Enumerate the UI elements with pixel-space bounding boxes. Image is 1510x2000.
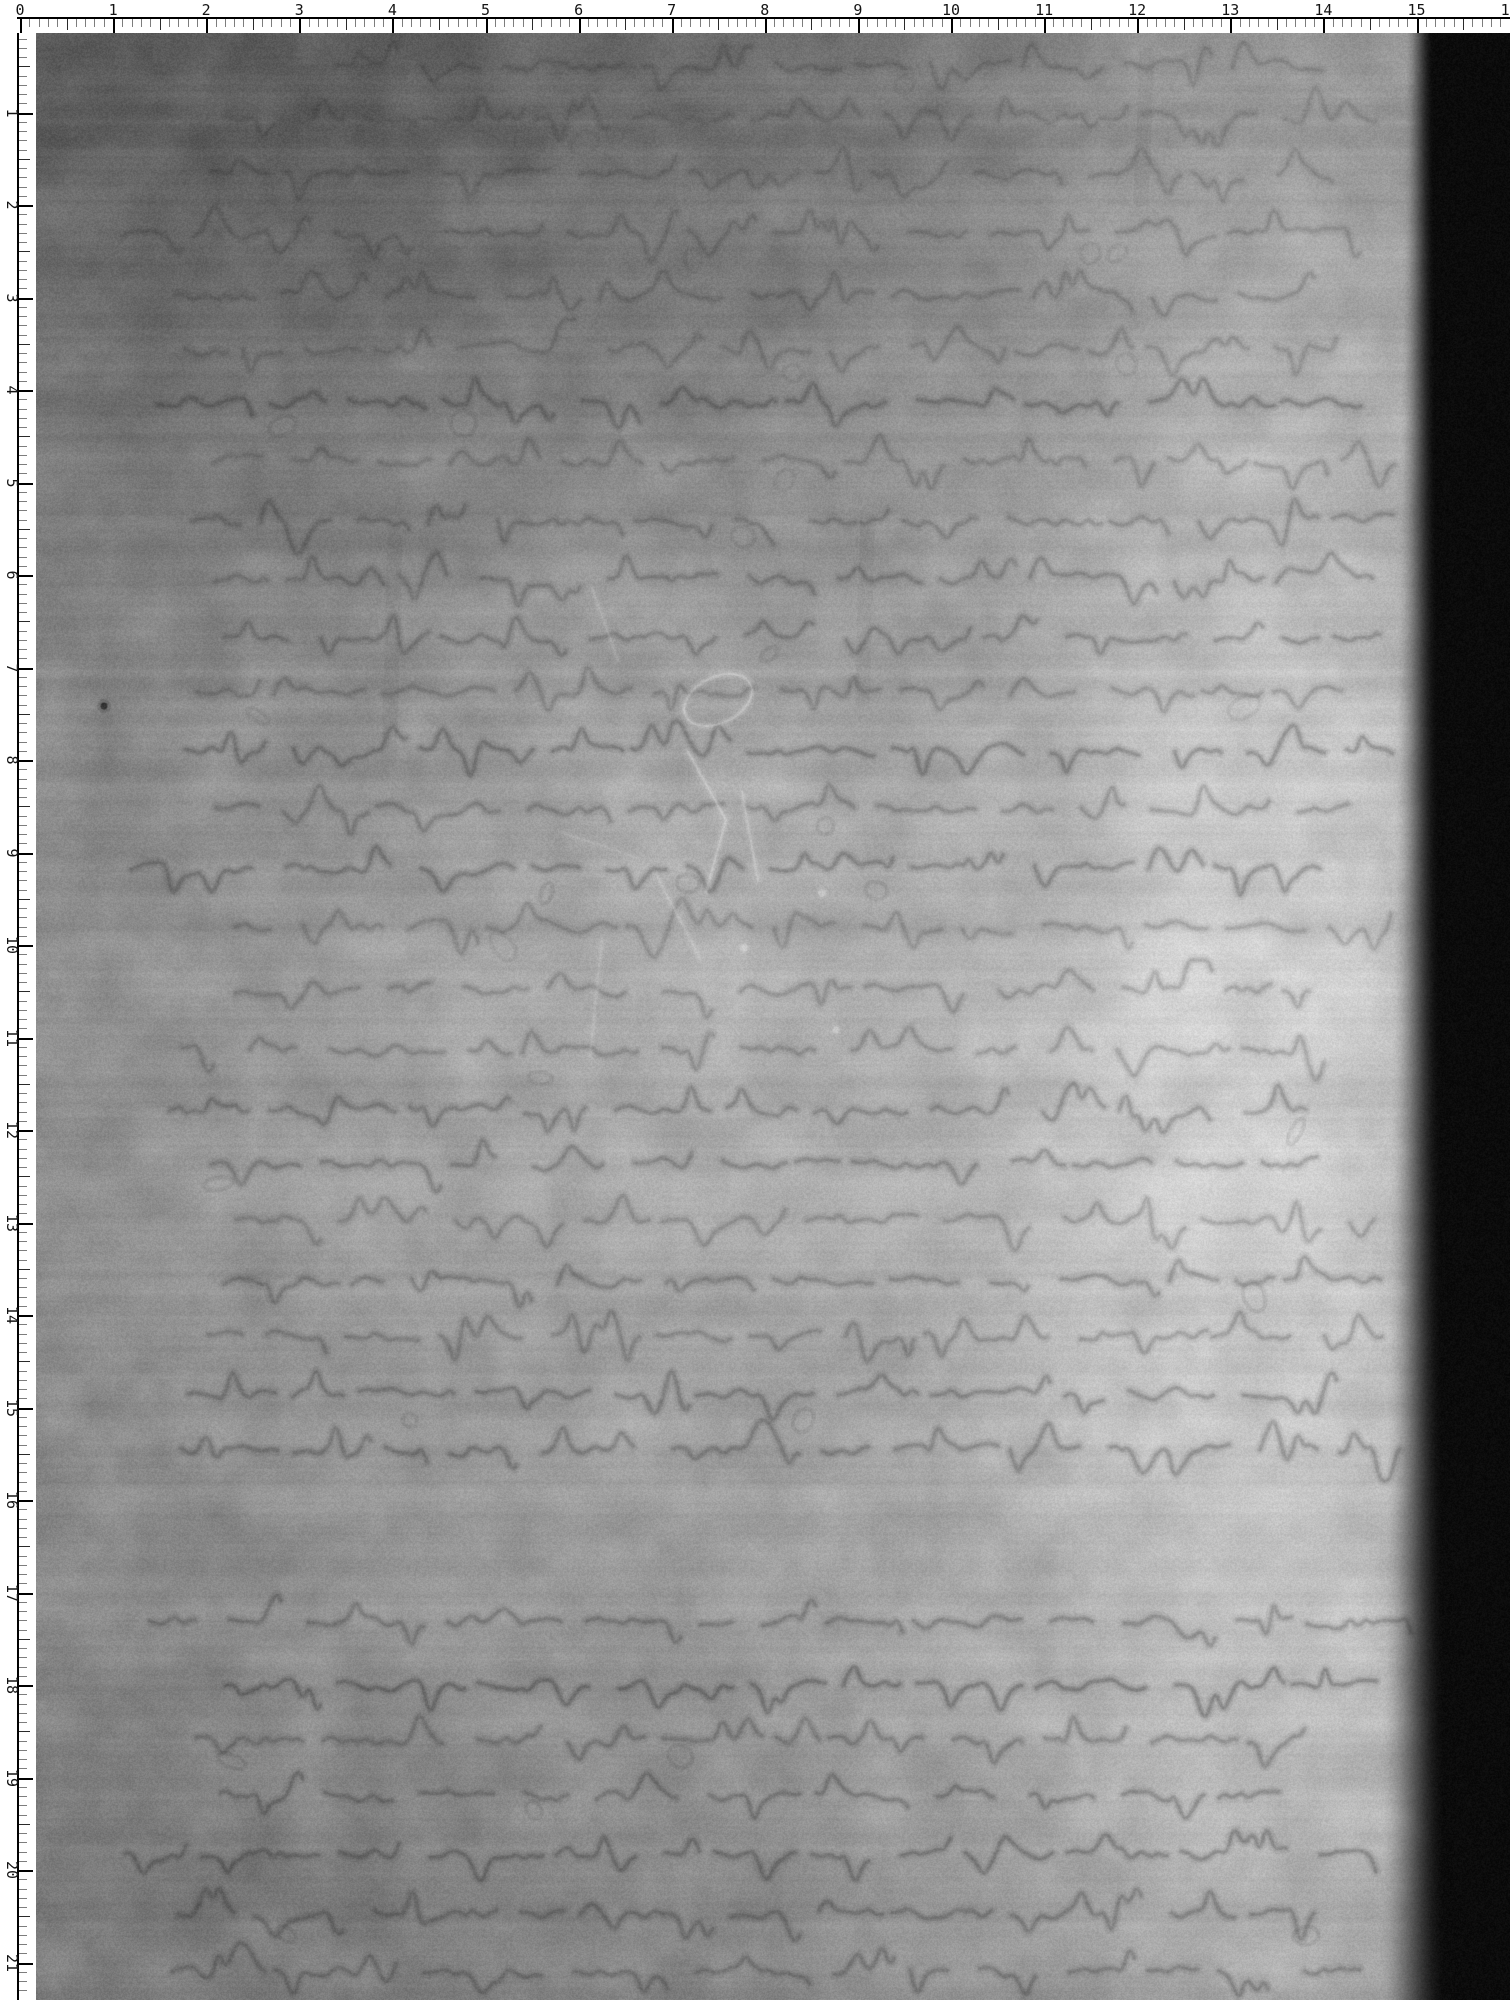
left-ruler-tick xyxy=(19,427,27,428)
left-ruler-tick xyxy=(19,270,27,271)
left-ruler-tick xyxy=(19,936,27,937)
top-ruler-tick xyxy=(1193,19,1194,27)
top-ruler-tick xyxy=(1463,19,1464,30)
top-ruler-tick xyxy=(821,19,822,27)
top-ruler-tick xyxy=(495,19,496,27)
left-ruler-tick xyxy=(19,973,27,974)
top-ruler-tick xyxy=(1491,19,1492,27)
left-ruler-tick xyxy=(19,1500,33,1502)
left-ruler-tick xyxy=(19,880,27,881)
left-ruler-tick xyxy=(19,233,27,234)
left-ruler-tick xyxy=(19,575,33,577)
left-ruler-tick xyxy=(19,1593,33,1595)
left-ruler-tick xyxy=(19,122,27,123)
top-ruler-tick xyxy=(337,19,338,27)
left-ruler-tick xyxy=(19,446,27,447)
left-ruler-tick xyxy=(19,1815,27,1816)
top-ruler-tick xyxy=(1500,19,1501,27)
top-ruler-tick xyxy=(1184,19,1185,30)
left-ruler-tick xyxy=(19,677,27,678)
left-ruler-tick xyxy=(19,1056,27,1057)
left-ruler-tick xyxy=(19,1149,27,1150)
top-ruler-tick xyxy=(197,19,198,27)
left-ruler-tick xyxy=(19,1176,30,1177)
top-ruler-tick xyxy=(1221,19,1222,27)
top-ruler-tick xyxy=(755,19,756,27)
left-ruler-tick xyxy=(19,1916,30,1917)
left-ruler-tick xyxy=(19,1944,27,1945)
top-ruler-label-6: 6 xyxy=(574,1,583,19)
left-ruler-tick xyxy=(19,1065,27,1066)
left-ruler-tick xyxy=(19,39,27,40)
top-ruler-tick xyxy=(225,19,226,27)
top-ruler-tick xyxy=(849,19,850,27)
left-ruler-tick xyxy=(19,1463,27,1464)
top-ruler-tick xyxy=(1379,19,1380,27)
top-ruler-tick xyxy=(1361,19,1362,27)
top-ruler-label-11: 11 xyxy=(1035,1,1053,19)
left-ruler-tick xyxy=(19,1121,27,1122)
left-ruler-tick xyxy=(19,1426,27,1427)
left-ruler-tick xyxy=(19,1223,33,1225)
left-ruler-tick xyxy=(19,1232,27,1233)
left-ruler-tick xyxy=(19,1731,30,1732)
left-ruler-tick xyxy=(19,797,27,798)
top-ruler-tick xyxy=(644,19,645,27)
left-ruler-tick xyxy=(19,48,27,49)
top-ruler-tick xyxy=(942,19,943,27)
left-ruler-tick xyxy=(19,288,27,289)
top-ruler-label-7: 7 xyxy=(667,1,676,19)
left-ruler-tick xyxy=(19,1204,27,1205)
left-ruler-tick xyxy=(19,1611,27,1612)
left-ruler-tick xyxy=(19,1694,27,1695)
left-ruler-tick xyxy=(19,1953,27,1954)
left-ruler-tick xyxy=(19,1010,27,1011)
top-ruler-tick xyxy=(1202,19,1203,27)
left-ruler-tick xyxy=(19,353,27,354)
top-ruler-tick xyxy=(1081,19,1082,27)
left-ruler-tick xyxy=(19,908,27,909)
top-ruler-tick xyxy=(1109,19,1110,27)
left-ruler-tick xyxy=(19,649,27,650)
left-ruler-tick xyxy=(19,168,27,169)
top-ruler-tick xyxy=(94,19,95,27)
left-ruler-tick xyxy=(19,631,27,632)
left-ruler-tick xyxy=(19,316,27,317)
top-ruler-tick xyxy=(1333,19,1334,27)
left-ruler-tick xyxy=(19,298,33,300)
top-ruler-tick xyxy=(392,19,394,33)
top-ruler-tick xyxy=(1119,19,1120,27)
left-ruler-tick xyxy=(19,473,27,474)
top-ruler-label-1: 1 xyxy=(109,1,118,19)
top-ruler-tick xyxy=(1035,19,1036,27)
left-ruler-tick xyxy=(19,1713,27,1714)
left-ruler-tick xyxy=(19,1028,27,1029)
top-ruler-tick xyxy=(364,19,365,27)
top-ruler-tick xyxy=(1398,19,1399,27)
left-ruler-tick xyxy=(19,871,27,872)
left-ruler-tick xyxy=(19,1963,33,1965)
left-ruler-tick xyxy=(19,982,27,983)
left-ruler-tick xyxy=(19,1001,27,1002)
left-ruler-tick xyxy=(19,1741,27,1742)
left-ruler-tick xyxy=(19,1620,27,1621)
top-ruler-tick xyxy=(979,19,980,27)
left-ruler-tick xyxy=(19,890,27,891)
top-ruler-tick xyxy=(681,19,682,27)
top-ruler-tick xyxy=(1277,19,1278,30)
top-ruler-tick xyxy=(532,19,533,30)
left-ruler-tick xyxy=(19,723,27,724)
left-ruler-tick xyxy=(19,1722,27,1723)
top-ruler-tick xyxy=(476,19,477,27)
top-ruler-tick xyxy=(346,19,347,30)
left-ruler-tick xyxy=(19,1352,27,1353)
top-ruler-label-15: 15 xyxy=(1407,1,1425,19)
left-ruler-tick xyxy=(19,825,27,826)
manuscript-scan-canvas xyxy=(36,33,1510,2000)
top-ruler-tick xyxy=(327,19,328,27)
top-ruler-tick xyxy=(1286,19,1287,27)
top-ruler-tick xyxy=(299,19,301,33)
left-ruler-tick xyxy=(19,1907,27,1908)
left-ruler-tick xyxy=(19,917,27,918)
left-ruler-tick xyxy=(19,1852,27,1853)
top-ruler-tick xyxy=(458,19,459,27)
top-ruler-tick xyxy=(206,19,208,33)
left-ruler-tick xyxy=(19,1084,30,1085)
top-ruler-tick xyxy=(1091,19,1092,30)
top-ruler-tick xyxy=(113,19,115,33)
left-ruler: 123456789101112131415161718192021 xyxy=(0,0,36,2000)
top-ruler-tick xyxy=(150,19,151,27)
top-ruler-tick xyxy=(420,19,421,27)
left-ruler-tick xyxy=(19,1935,27,1936)
top-ruler-tick xyxy=(1137,19,1139,33)
left-ruler-tick xyxy=(19,520,27,521)
top-ruler-tick xyxy=(1305,19,1306,27)
left-ruler-tick xyxy=(19,103,27,104)
left-ruler-tick xyxy=(19,1602,27,1603)
left-ruler-tick xyxy=(19,686,27,687)
left-ruler-tick xyxy=(19,85,27,86)
top-ruler-tick xyxy=(374,19,375,27)
top-ruler-tick xyxy=(783,19,784,27)
top-ruler-tick xyxy=(169,19,170,27)
top-ruler-tick xyxy=(1454,19,1455,27)
left-ruler-tick xyxy=(19,1648,27,1649)
left-ruler-tick xyxy=(19,399,27,400)
top-ruler-tick xyxy=(1212,19,1213,27)
top-ruler-tick xyxy=(439,19,440,30)
left-ruler-tick xyxy=(19,1195,27,1196)
left-ruler-tick xyxy=(19,57,27,58)
scanned-page: 123456789101112131415161718192021 012345… xyxy=(0,0,1510,2000)
left-ruler-tick xyxy=(19,1306,27,1307)
left-ruler-tick xyxy=(19,418,27,419)
top-ruler-tick xyxy=(39,19,40,27)
top-ruler-tick xyxy=(597,19,598,27)
left-ruler-tick xyxy=(19,954,27,955)
top-ruler-tick xyxy=(1323,19,1325,33)
top-ruler-tick xyxy=(914,19,915,27)
left-ruler-tick xyxy=(19,113,33,115)
top-ruler-tick xyxy=(690,19,691,27)
left-ruler-tick xyxy=(19,1075,27,1076)
left-ruler-tick xyxy=(19,714,30,715)
top-ruler-tick xyxy=(513,19,514,27)
left-ruler-tick xyxy=(19,483,33,485)
top-ruler-tick xyxy=(309,19,310,27)
left-ruler-tick xyxy=(19,658,27,659)
left-ruler-tick xyxy=(19,964,27,965)
top-ruler-tick xyxy=(1053,19,1054,27)
left-ruler-tick xyxy=(19,1250,27,1251)
top-ruler-tick xyxy=(122,19,123,27)
left-ruler-tick xyxy=(19,1297,27,1298)
left-ruler-tick xyxy=(19,1019,27,1020)
top-ruler-tick xyxy=(886,19,887,27)
left-ruler-tick xyxy=(19,1112,27,1113)
left-ruler-tick xyxy=(19,1324,27,1325)
left-ruler-tick xyxy=(19,1454,30,1455)
left-ruler-tick xyxy=(19,1445,27,1446)
left-ruler-tick xyxy=(19,1805,27,1806)
top-ruler-tick xyxy=(402,19,403,27)
top-ruler-tick xyxy=(160,19,161,30)
top-ruler-tick xyxy=(904,19,905,30)
left-ruler-tick xyxy=(19,1750,27,1751)
left-ruler-tick xyxy=(19,991,30,992)
top-ruler-label-0: 0 xyxy=(15,1,24,19)
left-ruler-tick xyxy=(19,1287,27,1288)
top-ruler-tick xyxy=(634,19,635,27)
left-ruler-tick xyxy=(19,1093,27,1094)
top-ruler-label-4: 4 xyxy=(388,1,397,19)
top-ruler-tick xyxy=(1295,19,1296,27)
left-ruler-tick xyxy=(19,834,27,835)
top-ruler-tick xyxy=(523,19,524,27)
left-ruler-tick xyxy=(19,1278,27,1279)
left-ruler-tick xyxy=(19,557,27,558)
left-ruler-tick xyxy=(19,1981,27,1982)
left-ruler-tick xyxy=(19,251,30,252)
top-ruler-tick xyxy=(262,19,263,27)
left-ruler-tick xyxy=(19,640,27,641)
left-ruler-tick xyxy=(19,510,27,511)
top-ruler-tick xyxy=(653,19,654,27)
left-ruler-tick xyxy=(19,1990,27,1991)
left-ruler-tick xyxy=(19,261,27,262)
top-ruler-tick xyxy=(104,19,105,27)
top-ruler-tick xyxy=(383,19,384,27)
top-ruler-tick xyxy=(243,19,244,27)
left-ruler-tick xyxy=(19,566,27,567)
left-ruler-tick xyxy=(19,1796,27,1797)
left-ruler-tick xyxy=(19,1241,27,1242)
left-ruler-tick xyxy=(19,1639,30,1640)
top-ruler-tick xyxy=(355,19,356,27)
left-ruler-tick xyxy=(19,1824,30,1825)
left-ruler-tick xyxy=(19,529,30,530)
left-ruler-tick xyxy=(19,279,27,280)
top-ruler-label-8: 8 xyxy=(760,1,769,19)
left-ruler-tick xyxy=(19,1842,27,1843)
left-ruler-tick xyxy=(19,945,33,947)
top-ruler-label-16: 16 xyxy=(1501,1,1510,19)
left-ruler-tick xyxy=(19,538,27,539)
top-ruler-tick xyxy=(709,19,710,27)
left-ruler-tick xyxy=(19,1546,30,1547)
top-ruler-tick xyxy=(281,19,282,27)
top-ruler-label-14: 14 xyxy=(1314,1,1332,19)
left-ruler-tick xyxy=(19,621,30,622)
top-ruler-tick xyxy=(1407,19,1408,27)
top-ruler-label-12: 12 xyxy=(1128,1,1146,19)
left-ruler-tick xyxy=(19,1167,27,1168)
left-ruler-tick xyxy=(19,1861,27,1862)
left-ruler-tick xyxy=(19,1361,30,1362)
top-ruler-tick xyxy=(923,19,924,27)
top-ruler-tick xyxy=(877,19,878,27)
top-ruler-tick xyxy=(467,19,468,27)
top-ruler-tick xyxy=(560,19,561,27)
top-ruler-tick xyxy=(569,19,570,27)
top-ruler-tick xyxy=(188,19,189,27)
top-ruler-tick xyxy=(662,19,663,27)
top-ruler-tick xyxy=(541,19,542,27)
left-ruler-tick xyxy=(19,1435,27,1436)
left-ruler-tick xyxy=(19,584,27,585)
top-ruler-tick xyxy=(411,19,412,27)
left-ruler-tick xyxy=(19,705,27,706)
left-ruler-tick xyxy=(19,214,27,215)
top-ruler-tick xyxy=(616,19,617,27)
left-ruler-tick xyxy=(19,1389,27,1390)
left-ruler-tick xyxy=(19,159,30,160)
left-ruler-tick xyxy=(19,1889,27,1890)
left-ruler-tick xyxy=(19,362,27,363)
top-ruler-tick xyxy=(57,19,58,27)
left-ruler-tick xyxy=(19,1380,27,1381)
top-ruler-tick xyxy=(932,19,933,27)
top-ruler-tick xyxy=(20,19,22,33)
top-ruler-tick xyxy=(728,19,729,27)
left-ruler-tick xyxy=(19,187,27,188)
top-ruler-tick xyxy=(1417,19,1419,33)
top-ruler-tick xyxy=(830,19,831,27)
left-ruler-tick xyxy=(19,242,27,243)
top-ruler-tick xyxy=(1165,19,1166,27)
left-ruler-tick xyxy=(19,492,27,493)
top-ruler-tick xyxy=(970,19,971,27)
top-ruler-tick xyxy=(85,19,86,27)
top-ruler-tick xyxy=(1007,19,1008,27)
left-ruler-tick xyxy=(19,335,27,336)
left-ruler-tick xyxy=(19,205,33,207)
top-ruler-tick xyxy=(895,19,896,27)
left-ruler-tick xyxy=(19,1759,27,1760)
left-ruler-tick xyxy=(19,779,27,780)
top-ruler-tick xyxy=(746,19,747,27)
left-ruler-tick xyxy=(19,612,27,613)
left-ruler-tick xyxy=(19,1879,27,1880)
top-ruler-tick xyxy=(504,19,505,27)
left-ruler-tick xyxy=(19,742,27,743)
left-ruler-tick xyxy=(19,1657,27,1658)
top-ruler-tick xyxy=(48,19,49,27)
left-ruler-tick xyxy=(19,1130,33,1132)
top-ruler-tick xyxy=(1426,19,1427,27)
top-ruler-tick xyxy=(672,19,674,33)
top-ruler-tick xyxy=(448,19,449,27)
top-ruler-tick xyxy=(802,19,803,27)
top-ruler-label-3: 3 xyxy=(295,1,304,19)
top-ruler-tick xyxy=(1230,19,1232,33)
top-ruler-label-13: 13 xyxy=(1221,1,1239,19)
top-ruler-tick xyxy=(811,19,812,30)
left-ruler-tick xyxy=(19,1269,30,1270)
left-ruler-tick xyxy=(19,224,27,225)
left-ruler-tick xyxy=(19,1398,27,1399)
top-ruler-tick xyxy=(1147,19,1148,27)
top-ruler-tick xyxy=(588,19,589,27)
left-ruler-tick xyxy=(19,862,27,863)
left-ruler-tick xyxy=(19,455,27,456)
left-ruler-tick xyxy=(19,1833,27,1834)
left-ruler-tick xyxy=(19,1630,27,1631)
left-ruler-tick xyxy=(19,1565,27,1566)
left-ruler-tick xyxy=(19,409,27,410)
left-ruler-tick xyxy=(19,372,27,373)
top-ruler-tick xyxy=(1370,19,1371,30)
left-ruler-tick xyxy=(19,927,27,928)
top-ruler-tick xyxy=(141,19,142,27)
left-ruler-tick xyxy=(19,695,27,696)
left-ruler-tick xyxy=(19,816,27,817)
top-ruler-tick xyxy=(1268,19,1269,27)
top-ruler-tick xyxy=(1249,19,1250,27)
left-ruler-tick xyxy=(19,1704,27,1705)
left-ruler-tick xyxy=(19,1315,33,1317)
top-ruler-tick xyxy=(1063,19,1064,27)
left-ruler-tick xyxy=(19,1472,27,1473)
top-ruler-tick xyxy=(700,19,701,27)
left-ruler-tick xyxy=(19,1371,27,1372)
top-ruler-tick xyxy=(1072,19,1073,27)
left-ruler-tick xyxy=(19,131,27,132)
left-ruler-tick xyxy=(19,751,27,752)
top-ruler-tick xyxy=(1314,19,1315,27)
top-ruler-tick xyxy=(737,19,738,27)
left-ruler-tick xyxy=(19,1509,27,1510)
left-ruler-tick xyxy=(19,1898,27,1899)
top-ruler-tick xyxy=(1156,19,1157,27)
left-ruler-tick xyxy=(19,1667,27,1668)
top-ruler-tick xyxy=(1351,19,1352,27)
left-ruler-tick xyxy=(19,390,33,392)
left-ruler-tick xyxy=(19,1491,27,1492)
left-ruler-tick xyxy=(19,1537,27,1538)
left-ruler-tick xyxy=(19,344,30,345)
top-ruler-tick xyxy=(867,19,868,27)
left-ruler-tick xyxy=(19,1186,27,1187)
left-ruler-tick xyxy=(19,1408,33,1410)
top-ruler-tick xyxy=(271,19,272,27)
top-ruler-tick xyxy=(486,19,488,33)
